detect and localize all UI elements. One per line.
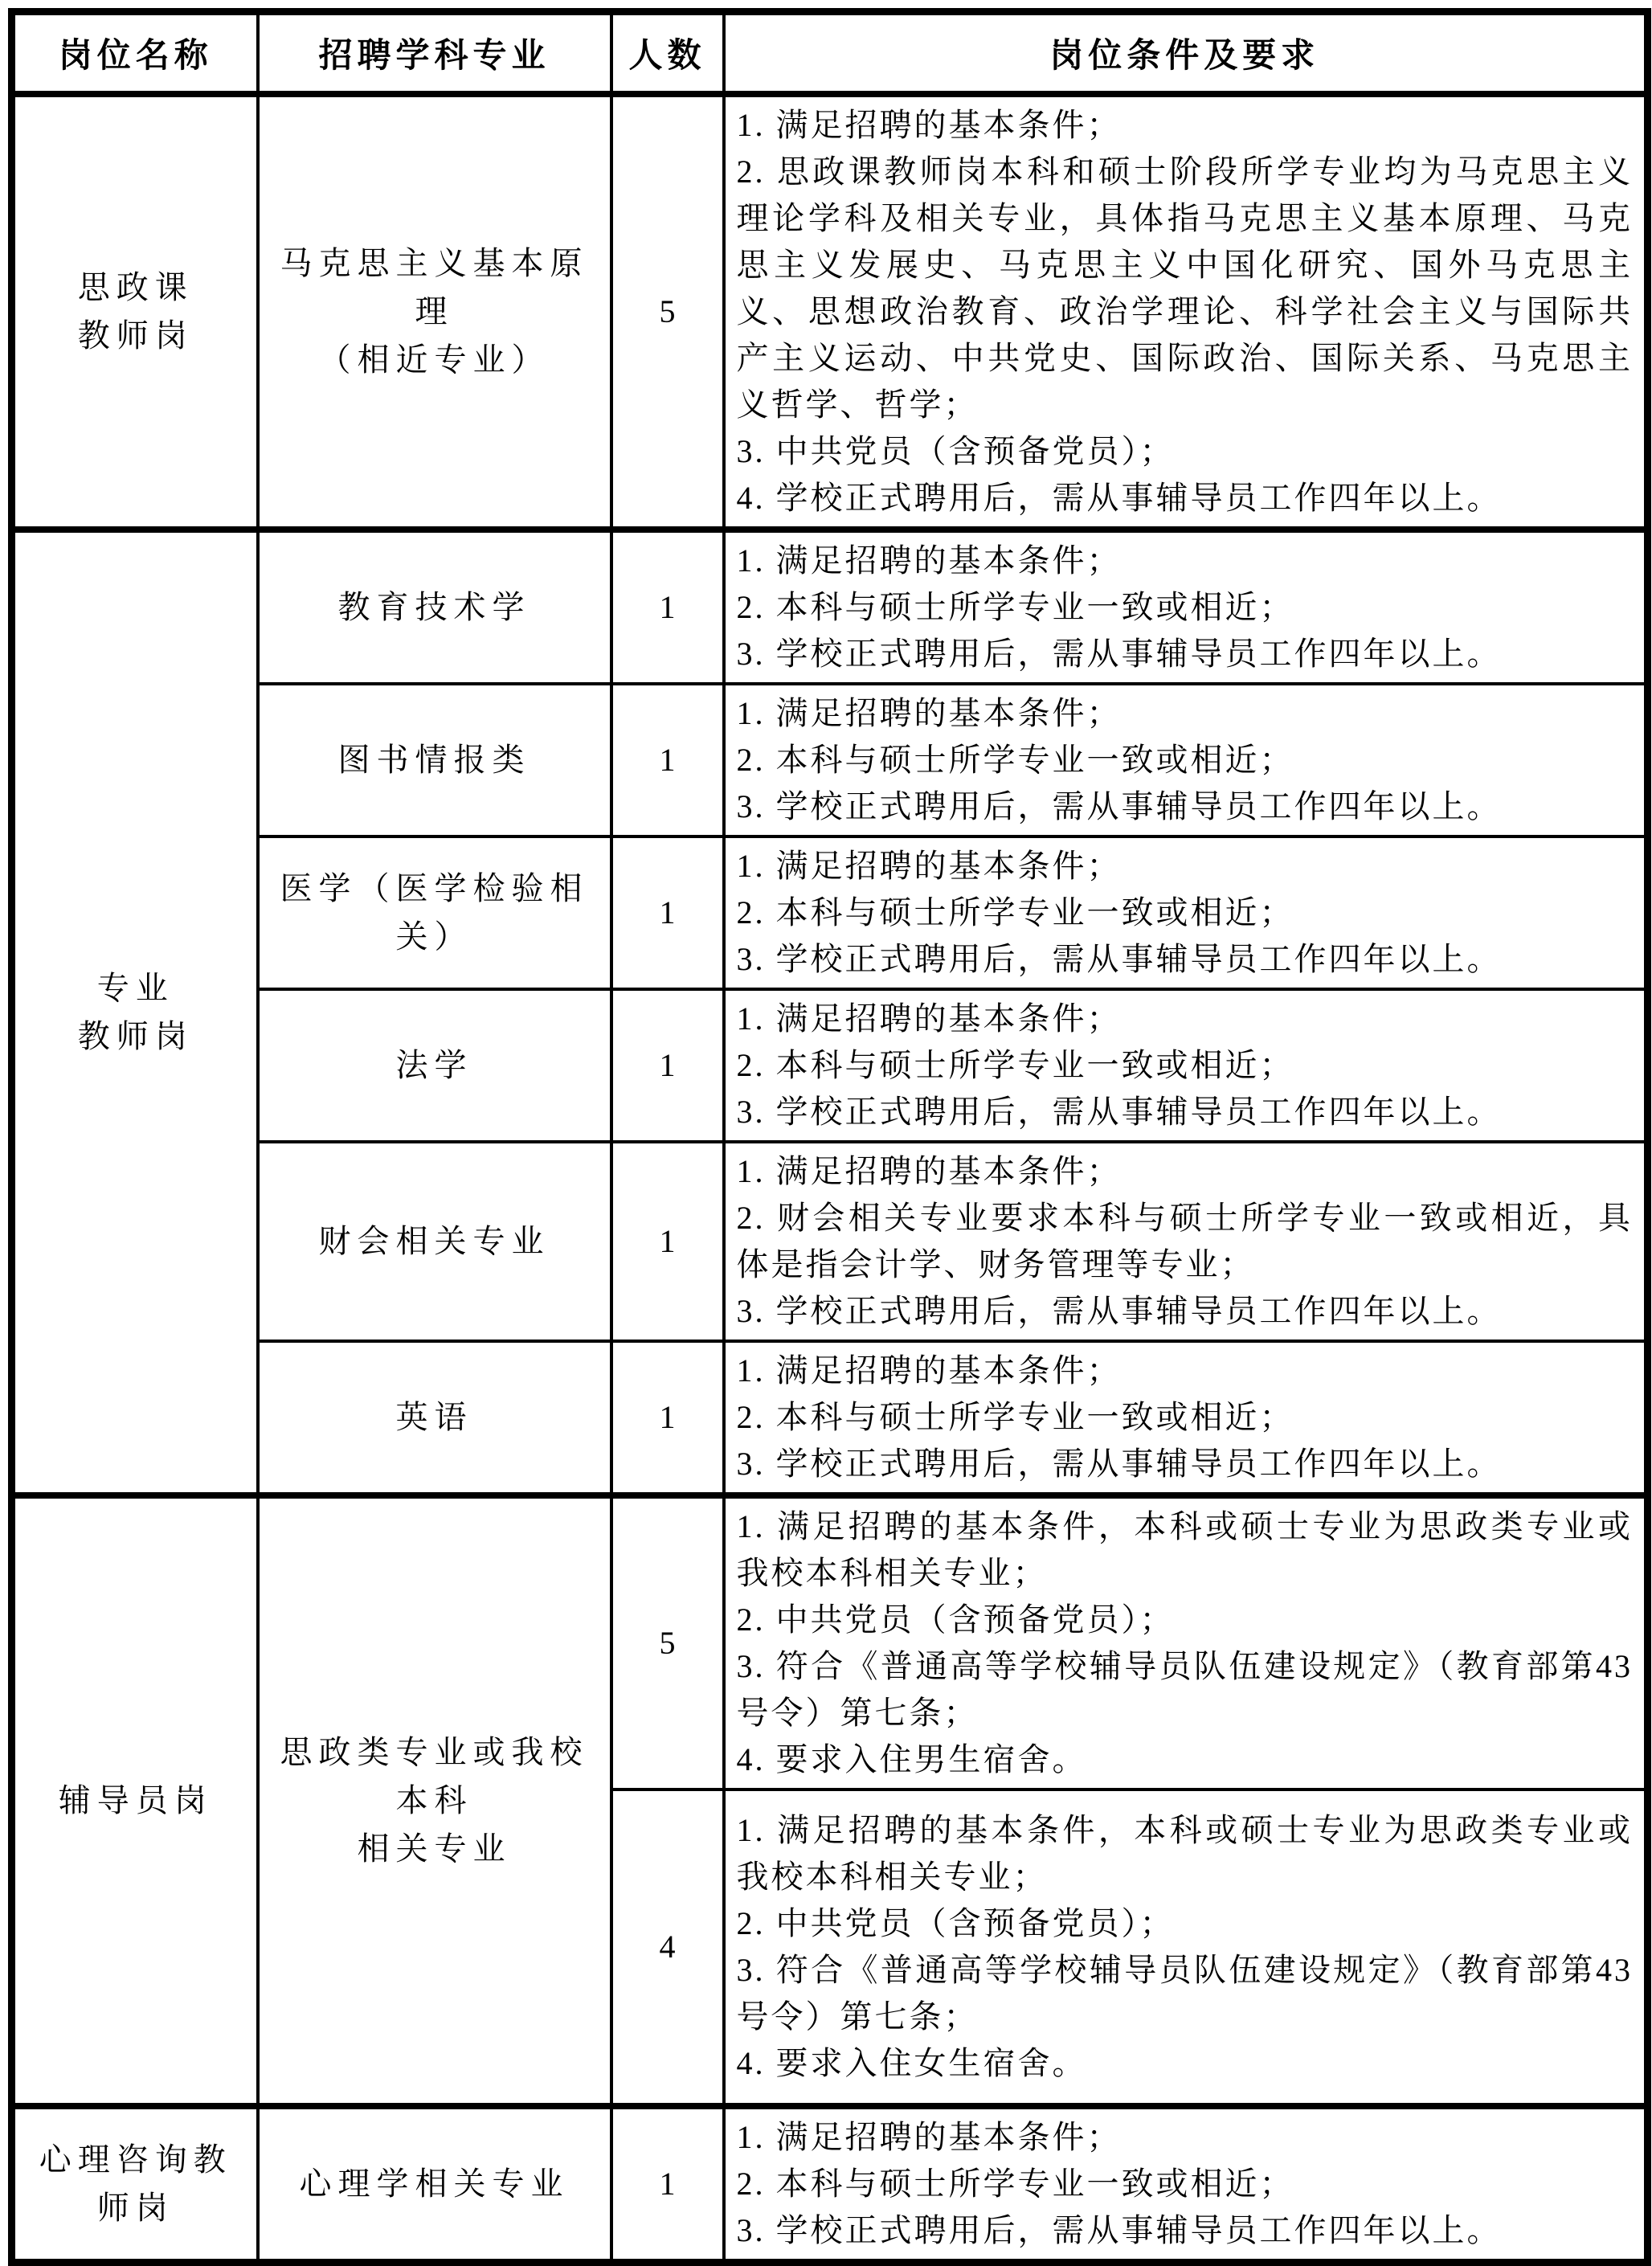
- table-row: 心理咨询教师岗 心理学相关专业 1 1. 满足招聘的基本条件； 2. 本科与硕士…: [12, 2106, 1648, 2263]
- cell-requirements: 1. 满足招聘的基本条件； 2. 本科与硕士所学专业一致或相近； 3. 学校正式…: [724, 684, 1648, 836]
- cell-count: 1: [611, 2106, 724, 2263]
- cell-count: 1: [611, 836, 724, 989]
- cell-count: 5: [611, 1495, 724, 1789]
- table-row: 财会相关专业 1 1. 满足招聘的基本条件； 2. 财会相关专业要求本科与硕士所…: [12, 1142, 1648, 1341]
- cell-major: 教育技术学: [258, 530, 611, 684]
- cell-requirements: 1. 满足招聘的基本条件； 2. 本科与硕士所学专业一致或相近； 3. 学校正式…: [724, 836, 1648, 989]
- cell-position: 心理咨询教师岗: [12, 2106, 258, 2263]
- cell-position: 专业 教师岗: [12, 530, 258, 1495]
- cell-count: 4: [611, 1789, 724, 2106]
- header-cell-count: 人数: [611, 12, 724, 94]
- cell-major: 法学: [258, 989, 611, 1142]
- cell-count: 1: [611, 1142, 724, 1341]
- table-row: 医学（医学检验相关） 1 1. 满足招聘的基本条件； 2. 本科与硕士所学专业一…: [12, 836, 1648, 989]
- cell-requirements: 1. 满足招聘的基本条件； 2. 本科与硕士所学专业一致或相近； 3. 学校正式…: [724, 530, 1648, 684]
- header-cell-position: 岗位名称: [12, 12, 258, 94]
- table-row: 图书情报类 1 1. 满足招聘的基本条件； 2. 本科与硕士所学专业一致或相近；…: [12, 684, 1648, 836]
- cell-position: 辅导员岗: [12, 1495, 258, 2106]
- cell-count: 1: [611, 1341, 724, 1495]
- cell-requirements: 1. 满足招聘的基本条件，本科或硕士专业为思政类专业或我校本科相关专业； 2. …: [724, 1495, 1648, 1789]
- cell-major: 心理学相关专业: [258, 2106, 611, 2263]
- cell-count: 1: [611, 989, 724, 1142]
- document-page: 岗位名称 招聘学科专业 人数 岗位条件及要求 思政课 教师岗 马克思主义基本原理…: [0, 0, 1652, 2173]
- cell-requirements: 1. 满足招聘的基本条件； 2. 财会相关专业要求本科与硕士所学专业一致或相近，…: [724, 1142, 1648, 1341]
- cell-count: 1: [611, 684, 724, 836]
- cell-major: 医学（医学检验相关）: [258, 836, 611, 989]
- cell-major: 图书情报类: [258, 684, 611, 836]
- table-row: 专业 教师岗 教育技术学 1 1. 满足招聘的基本条件； 2. 本科与硕士所学专…: [12, 530, 1648, 684]
- cell-requirements: 1. 满足招聘的基本条件； 2. 思政课教师岗本科和硕士阶段所学专业均为马克思主…: [724, 94, 1648, 530]
- header-cell-major: 招聘学科专业: [258, 12, 611, 94]
- recruitment-positions-table: 岗位名称 招聘学科专业 人数 岗位条件及要求 思政课 教师岗 马克思主义基本原理…: [8, 8, 1651, 2266]
- cell-major: 思政类专业或我校本科 相关专业: [258, 1495, 611, 2106]
- cell-requirements: 1. 满足招聘的基本条件； 2. 本科与硕士所学专业一致或相近； 3. 学校正式…: [724, 2106, 1648, 2263]
- cell-major: 马克思主义基本原理 （相近专业）: [258, 94, 611, 530]
- cell-requirements: 1. 满足招聘的基本条件，本科或硕士专业为思政类专业或我校本科相关专业； 2. …: [724, 1789, 1648, 2106]
- cell-major: 英语: [258, 1341, 611, 1495]
- cell-requirements: 1. 满足招聘的基本条件； 2. 本科与硕士所学专业一致或相近； 3. 学校正式…: [724, 1341, 1648, 1495]
- table-row: 辅导员岗 思政类专业或我校本科 相关专业 5 1. 满足招聘的基本条件，本科或硕…: [12, 1495, 1648, 1789]
- header-cell-requirements: 岗位条件及要求: [724, 12, 1648, 94]
- cell-position: 思政课 教师岗: [12, 94, 258, 530]
- cell-count: 5: [611, 94, 724, 530]
- cell-major: 财会相关专业: [258, 1142, 611, 1341]
- table-header-row: 岗位名称 招聘学科专业 人数 岗位条件及要求: [12, 12, 1648, 94]
- table-row: 英语 1 1. 满足招聘的基本条件； 2. 本科与硕士所学专业一致或相近； 3.…: [12, 1341, 1648, 1495]
- table-row: 法学 1 1. 满足招聘的基本条件； 2. 本科与硕士所学专业一致或相近； 3.…: [12, 989, 1648, 1142]
- table-row: 思政课 教师岗 马克思主义基本原理 （相近专业） 5 1. 满足招聘的基本条件；…: [12, 94, 1648, 530]
- cell-requirements: 1. 满足招聘的基本条件； 2. 本科与硕士所学专业一致或相近； 3. 学校正式…: [724, 989, 1648, 1142]
- cell-count: 1: [611, 530, 724, 684]
